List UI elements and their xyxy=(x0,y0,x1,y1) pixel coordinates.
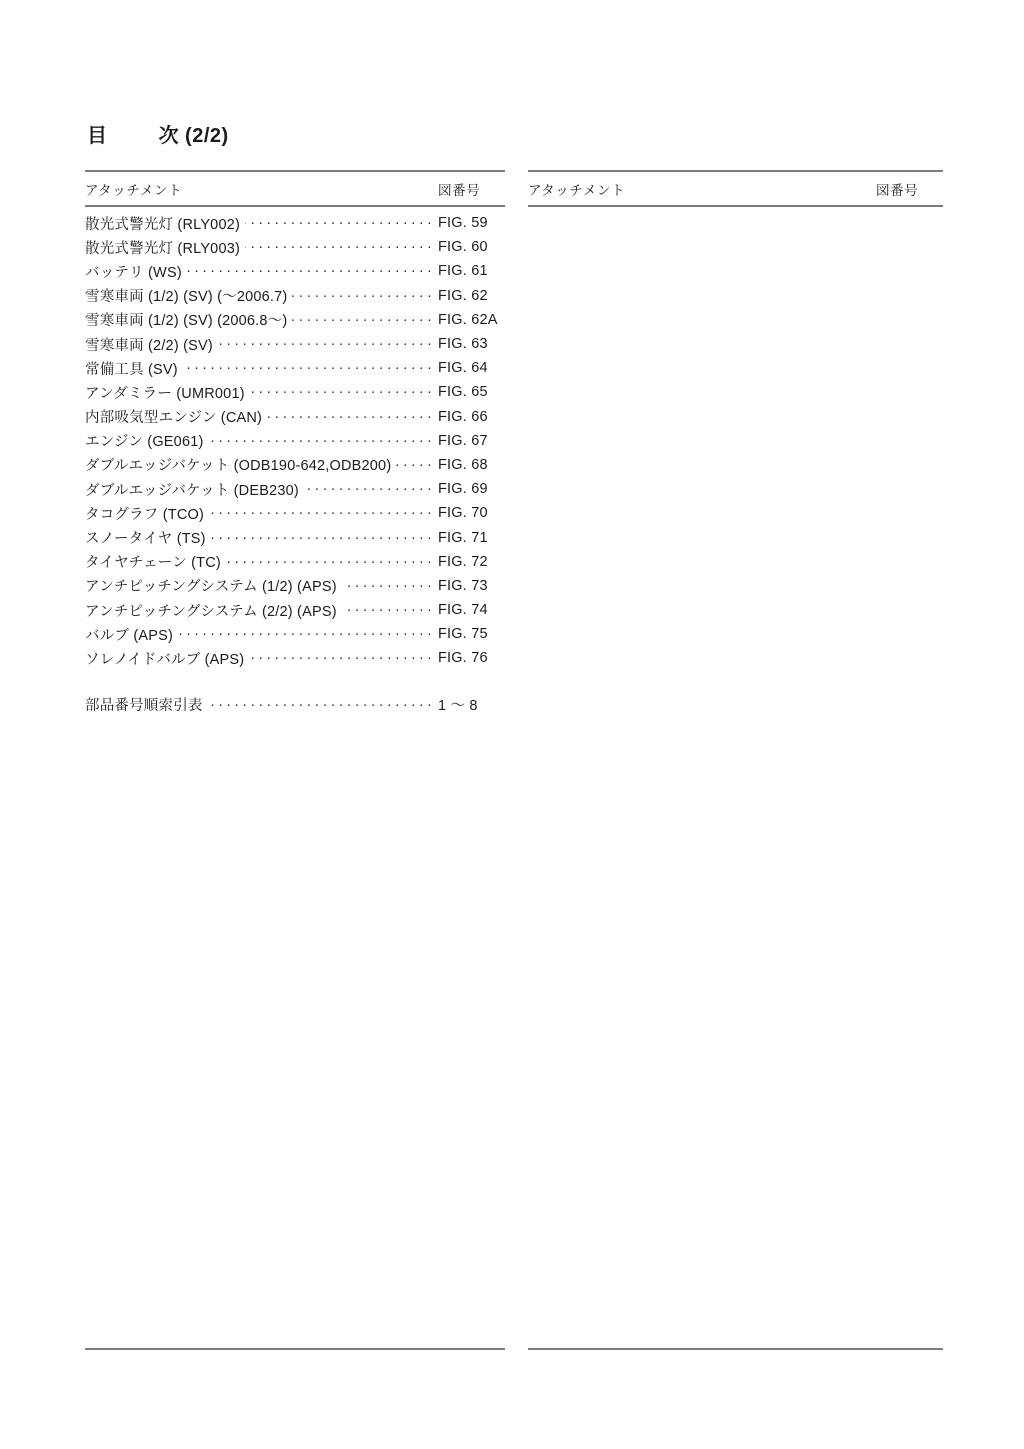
dot-leader xyxy=(249,650,435,666)
toc-item-fig: FIG. 70 xyxy=(438,505,505,521)
toc-item-title: エンジン (GE061) xyxy=(85,430,204,451)
toc-item-fig: FIG. 67 xyxy=(438,433,505,449)
toc-row: ソレノイドバルブ (APS) FIG. 76 xyxy=(85,646,505,670)
toc-item-title: 常備工具 (SV) xyxy=(85,358,178,379)
toc-item-fig: FIG. 64 xyxy=(438,360,505,376)
dot-leader xyxy=(396,457,435,473)
toc-item-fig: FIG. 69 xyxy=(438,481,505,497)
toc-item-fig: FIG. 72 xyxy=(438,554,505,570)
toc-item-title: ソレノイドバルブ (APS) xyxy=(85,648,244,669)
toc-item-title: アンチピッチングシステム (1/2) (APS) xyxy=(85,575,337,596)
toc-row: バルブ (APS) FIG. 75 xyxy=(85,622,505,646)
column-header-right: アタッチメント 図番号 xyxy=(528,170,943,207)
toc-item-title: ダブルエッジバケット (DEB230) xyxy=(85,479,299,500)
toc-item-title: アンダミラー (UMR001) xyxy=(85,382,245,403)
toc-item-fig: FIG. 74 xyxy=(438,602,505,618)
toc-item-title: タコグラフ (TCO) xyxy=(85,503,204,524)
toc-row: アンチピッチングシステム (1/2) (APS) FIG. 73 xyxy=(85,574,505,598)
toc-row: エンジン (GE061) FIG. 67 xyxy=(85,429,505,453)
dot-leader xyxy=(218,336,435,352)
toc-row: タコグラフ (TCO) FIG. 70 xyxy=(85,501,505,525)
toc-row: ダブルエッジバケット (DEB230) FIG. 69 xyxy=(85,477,505,501)
toc-item-fig: FIG. 59 xyxy=(438,215,505,231)
toc-item-title: バルブ (APS) xyxy=(85,624,173,645)
toc-item-fig: FIG. 76 xyxy=(438,650,505,666)
page-title: 目次 (2/2) xyxy=(87,124,229,148)
toc-item-fig: FIG. 66 xyxy=(438,409,505,425)
toc-row: 雪寒車両 (2/2) (SV) FIG. 63 xyxy=(85,332,505,356)
toc-row: 散光式警光灯 (RLY003) FIG. 60 xyxy=(85,235,505,259)
parts-index-pages: 1 ～ 8 xyxy=(438,694,505,715)
toc-row: バッテリ (WS) FIG. 61 xyxy=(85,259,505,283)
toc-item-title: バッテリ (WS) xyxy=(85,261,182,282)
dot-leader xyxy=(304,481,435,497)
dot-leader xyxy=(245,215,435,231)
toc-rows-left: 散光式警光灯 (RLY002) FIG. 59 散光式警光灯 (RLY003) … xyxy=(85,207,505,671)
toc-row: 常備工具 (SV) FIG. 64 xyxy=(85,356,505,380)
toc-item-title: ダブルエッジバケット (ODB190-642,ODB200) xyxy=(85,454,391,475)
parts-index-title: 部品番号順索引表 xyxy=(85,694,203,715)
toc-item-title: 散光式警光灯 (RLY002) xyxy=(85,213,240,234)
dot-leader xyxy=(208,697,435,713)
toc-item-title: 散光式警光灯 (RLY003) xyxy=(85,237,240,258)
toc-item-fig: FIG. 60 xyxy=(438,239,505,255)
toc-row: 雪寒車両 (1/2) (SV) (～2006.7) FIG. 62 xyxy=(85,284,505,308)
dot-leader xyxy=(245,239,435,255)
toc-item-fig: FIG. 65 xyxy=(438,384,505,400)
column-header-attachment-label: アタッチメント xyxy=(85,179,182,199)
toc-item-title: スノータイヤ (TS) xyxy=(85,527,206,548)
dot-leader xyxy=(292,312,435,328)
toc-item-fig: FIG. 62 xyxy=(438,288,505,304)
toc-row: タイヤチェーン (TC) FIG. 72 xyxy=(85,550,505,574)
column-header-fig-number-label: 図番号 xyxy=(876,179,943,199)
toc-item-fig: FIG. 71 xyxy=(438,530,505,546)
parts-index-row: 部品番号順索引表 1 ～ 8 xyxy=(85,693,505,717)
toc-row: ダブルエッジバケット (ODB190-642,ODB200) FIG. 68 xyxy=(85,453,505,477)
toc-row: 雪寒車両 (1/2) (SV) (2006.8～) FIG. 62A xyxy=(85,308,505,332)
toc-item-fig: FIG. 62A xyxy=(438,312,505,328)
toc-column-right: アタッチメント 図番号 xyxy=(528,170,943,1350)
toc-item-title: 雪寒車両 (1/2) (SV) (2006.8～) xyxy=(85,309,287,330)
dot-leader xyxy=(342,578,435,594)
dot-leader xyxy=(342,602,435,618)
toc-rows-right xyxy=(528,207,943,211)
page-title-part2: 次 (2/2) xyxy=(159,125,229,147)
toc-item-title: アンチピッチングシステム (2/2) (APS) xyxy=(85,600,337,621)
toc-item-fig: FIG. 68 xyxy=(438,457,505,473)
toc-row: アンチピッチングシステム (2/2) (APS) FIG. 74 xyxy=(85,598,505,622)
dot-leader xyxy=(226,554,435,570)
toc-item-fig: FIG. 73 xyxy=(438,578,505,594)
dot-leader xyxy=(209,433,435,449)
page-title-part1: 目 xyxy=(87,124,108,148)
toc-item-title: タイヤチェーン (TC) xyxy=(85,551,221,572)
dot-leader xyxy=(209,505,435,521)
dot-leader xyxy=(187,263,435,279)
toc-row: 散光式警光灯 (RLY002) FIG. 59 xyxy=(85,211,505,235)
toc-row: 内部吸気型エンジン (CAN) FIG. 66 xyxy=(85,405,505,429)
column-header-fig-number-label: 図番号 xyxy=(438,179,505,199)
dot-leader xyxy=(250,384,435,400)
dot-leader xyxy=(292,288,435,304)
toc-item-title: 雪寒車両 (2/2) (SV) xyxy=(85,334,213,355)
toc-item-fig: FIG. 61 xyxy=(438,263,505,279)
toc-row: アンダミラー (UMR001) FIG. 65 xyxy=(85,380,505,404)
column-header-left: アタッチメント 図番号 xyxy=(85,170,505,207)
toc-row: スノータイヤ (TS) FIG. 71 xyxy=(85,525,505,549)
dot-leader xyxy=(178,626,435,642)
dot-leader xyxy=(211,530,435,546)
toc-item-title: 内部吸気型エンジン (CAN) xyxy=(85,406,262,427)
dot-leader xyxy=(183,360,435,376)
toc-item-fig: FIG. 75 xyxy=(438,626,505,642)
toc-page: 目次 (2/2) アタッチメント 図番号 散光式警光灯 (RLY002) FIG… xyxy=(0,0,1024,1449)
toc-item-title: 雪寒車両 (1/2) (SV) (～2006.7) xyxy=(85,285,287,306)
column-header-attachment-label: アタッチメント xyxy=(528,179,625,199)
toc-column-left: アタッチメント 図番号 散光式警光灯 (RLY002) FIG. 59 散光式警… xyxy=(85,170,505,1350)
toc-item-fig: FIG. 63 xyxy=(438,336,505,352)
dot-leader xyxy=(267,409,435,425)
